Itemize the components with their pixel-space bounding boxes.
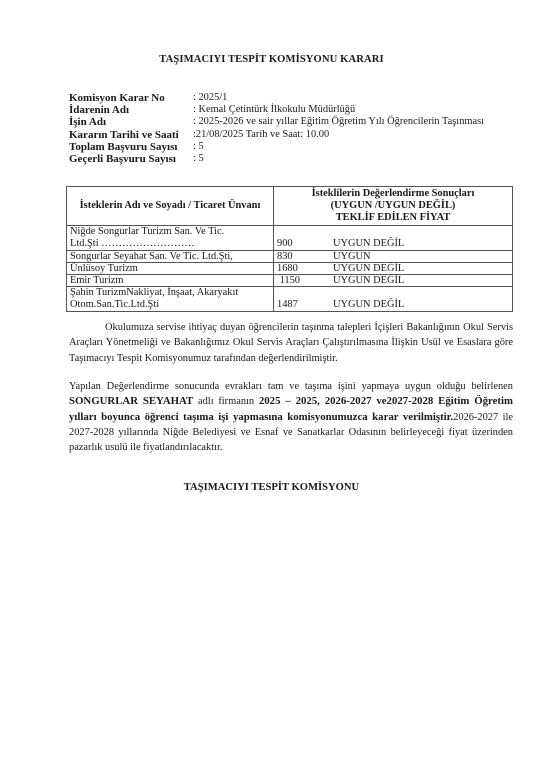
bid-result: UYGUN DEĞİL [333, 238, 404, 249]
commission-signature: TAŞIMACIYI TESPİT KOMİSYONU [0, 482, 543, 493]
bids-table: İsteklerin Adı ve Soyadı / Ticaret Ünvan… [66, 186, 513, 312]
bidder-name: Emir Turizm [67, 275, 274, 287]
meta-label: İşin Adı [69, 116, 193, 128]
decision-text: Yapılan Değerlendirme sonucunda evraklar… [69, 381, 513, 392]
bid-evaluation: 900UYGUN DEĞİL [274, 226, 513, 251]
table-row: Emir Turizm 1150UYGUN DEĞİL [67, 275, 513, 287]
table-row: Songurlar Seyahat San. Ve Tic. Ltd.Şti, … [67, 251, 513, 263]
meta-value: :21/08/2025 Tarih ve Saat: 10.00 [193, 129, 329, 141]
table-row: Şahin TurizmNakliyat, İnşaat, Akaryakıt … [67, 287, 513, 312]
meta-label: Komisyon Karar No [69, 92, 193, 104]
column-header-evaluation: İsteklilerin Değerlendirme Sonuçları (UY… [274, 187, 513, 226]
name-line: Ltd.Şti ……………………… [70, 238, 270, 250]
bid-price: 1680 [277, 263, 333, 274]
evaluation-paragraph: Okulumuza servise ihtiyaç duyan öğrencil… [69, 320, 513, 366]
bid-price: 900 [277, 238, 333, 250]
meta-label: Geçerli Başvuru Sayısı [69, 153, 193, 165]
bid-result: UYGUN DEĞİL [333, 299, 404, 310]
bidder-name: Şahin TurizmNakliyat, İnşaat, Akaryakıt … [67, 287, 274, 312]
table-row: Ünlüsoy Turizm 1680UYGUN DEĞİL [67, 263, 513, 275]
meta-row-total-applications: Toplam Başvuru Sayısı : 5 [69, 141, 484, 153]
bid-price: 830 [277, 251, 333, 262]
bid-result: UYGUN [333, 251, 371, 262]
meta-label: Toplam Başvuru Sayısı [69, 141, 193, 153]
decision-metadata: Komisyon Karar No : 2025/1 İdarenin Adı … [69, 92, 484, 165]
meta-label: İdarenin Adı [69, 104, 193, 116]
meta-value: : 5 [193, 153, 204, 165]
bid-price: 1150 [277, 275, 333, 286]
winning-company: SONGURLAR SEYAHAT [69, 395, 193, 407]
bid-evaluation: 830UYGUN [274, 251, 513, 263]
bid-result: UYGUN DEĞİL [333, 275, 404, 286]
meta-row-date-time: Kararın Tarihi ve Saati :21/08/2025 Tari… [69, 129, 484, 141]
bid-price: 1487 [277, 299, 333, 311]
name-line: Otom.San.Tic.Ltd.Şti [70, 299, 270, 311]
meta-value: : 2025-2026 ve sair yıllar Eğitim Öğreti… [193, 116, 484, 128]
meta-label: Kararın Tarihi ve Saati [69, 129, 193, 141]
table-header-row: İsteklerin Adı ve Soyadı / Ticaret Ünvan… [67, 187, 513, 226]
meta-value: : 2025/1 [193, 92, 227, 104]
header-line: TEKLİF EDİLEN FİYAT [277, 212, 509, 224]
meta-value: : Kemal Çetintürk İlkokulu Müdürlüğü [193, 104, 355, 116]
column-header-bidder: İsteklerin Adı ve Soyadı / Ticaret Ünvan… [67, 187, 274, 226]
meta-row-valid-applications: Geçerli Başvuru Sayısı : 5 [69, 153, 484, 165]
meta-value: : 5 [193, 141, 204, 153]
name-line: Niğde Songurlar Turizm San. Ve Tic. [70, 226, 270, 238]
bid-evaluation: 1680UYGUN DEĞİL [274, 263, 513, 275]
decision-paragraph: Yapılan Değerlendirme sonucunda evraklar… [69, 379, 513, 455]
bid-evaluation: 1487UYGUN DEĞİL [274, 287, 513, 312]
bidder-name: Niğde Songurlar Turizm San. Ve Tic. Ltd.… [67, 226, 274, 251]
bid-evaluation: 1150UYGUN DEĞİL [274, 275, 513, 287]
bidder-name: Songurlar Seyahat San. Ve Tic. Ltd.Şti, [67, 251, 274, 263]
bidder-name: Ünlüsoy Turizm [67, 263, 274, 275]
decision-text: adlı firmanın [193, 396, 259, 407]
meta-row-institution: İdarenin Adı : Kemal Çetintürk İlkokulu … [69, 104, 484, 116]
meta-row-job-name: İşin Adı : 2025-2026 ve sair yıllar Eğit… [69, 116, 484, 128]
table-row: Niğde Songurlar Turizm San. Ve Tic. Ltd.… [67, 226, 513, 251]
header-line: İsteklilerin Değerlendirme Sonuçları [277, 188, 509, 200]
document-title: TAŞIMACIYI TESPİT KOMİSYONU KARARI [0, 54, 543, 65]
name-line: Şahin TurizmNakliyat, İnşaat, Akaryakıt [70, 287, 270, 299]
meta-row-decision-no: Komisyon Karar No : 2025/1 [69, 92, 484, 104]
header-line: (UYGUN /UYGUN DEĞİL) [277, 200, 509, 212]
bid-result: UYGUN DEĞİL [333, 263, 404, 274]
